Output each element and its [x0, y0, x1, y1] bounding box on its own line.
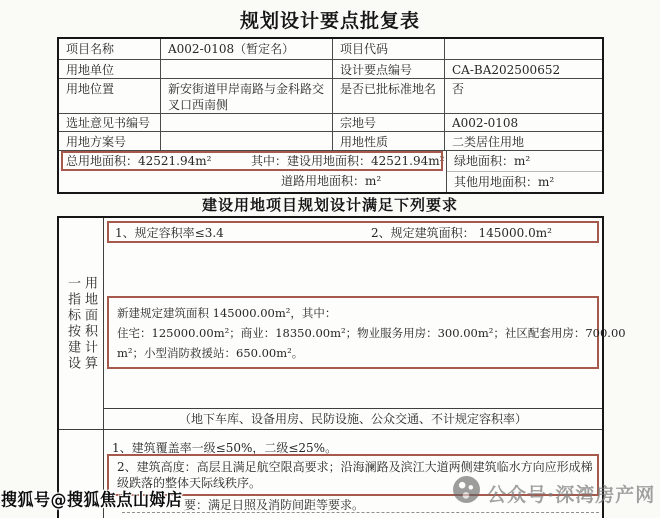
side-label-cell: 一指标按建设 用地面积计算 [59, 218, 104, 429]
dashed-divider [122, 512, 599, 513]
green-area: 绿地面积：m² [447, 151, 602, 172]
exclusion-note: （地下车库、设备用房、民防设施、公众交通、不计规定容积率） [104, 408, 602, 429]
vertical-label: 一指标按建设 用地面积计算 [65, 276, 97, 372]
document-title: 规划设计要点批复表 [0, 6, 660, 33]
cell-label: 是否已批标准地名 [333, 79, 445, 114]
cell-value [161, 60, 333, 79]
newbuild-line-2: 住宅：125000.00m²；商业：18350.00m²；物业服务用房：300.… [117, 323, 589, 343]
cell-value: A002-0108 [445, 113, 602, 132]
road-area: 道路用地面积：m² [281, 174, 381, 189]
highlight-box-newbuild: 新建规定建筑面积 145000.00m²，其中： 住宅：125000.00m²；… [107, 296, 599, 369]
cell-label: 设计要点编号 [333, 60, 445, 79]
table-row: 用地位置 新安街道甲岸南路与金科路交叉口西南侧 是否已批标准地名 否 [59, 79, 602, 113]
cell-label: 用地方案号 [59, 132, 161, 151]
land-area-row: 总用地面积：42521.94m² 其中：建设用地面积：42521.94m² 绿地… [59, 151, 602, 172]
newbuild-line-3: m²；小型消防救援站：650.00m²。 [117, 343, 589, 363]
project-info-table: 项目名称 A002-0108（暂定名） 项目代码 用地单位 设计要点编号 CA-… [57, 37, 604, 194]
cell-value: CA-BA202500652 [445, 60, 602, 79]
cell-label: 选址意见书编号 [59, 113, 161, 132]
table-row: 用地方案号 用地性质 二类居住用地 [59, 132, 602, 151]
land-area-row-2: 道路用地面积：m² 其他用地面积：m² [59, 172, 602, 192]
highlight-box-ratio: 1、规定容积率≤3.4 2、规定建筑面积： 145000.0m² [107, 221, 599, 243]
vertical-label-col2: 用地面积计算 [82, 276, 97, 372]
cell-label: 项目名称 [59, 39, 161, 60]
scanned-approval-document: 规划设计要点批复表 项目名称 A002-0108（暂定名） 项目代码 用地单位 … [0, 0, 660, 518]
newbuild-line-1: 新建规定建筑面积 145000.00m²，其中： [117, 303, 589, 323]
indicator-section: 一指标按建设 用地面积计算 1、规定容积率≤3.4 2、规定建筑面积： 1450… [59, 218, 602, 430]
land-area-left-cell: 总用地面积：42521.94m² 其中：建设用地面积：42521.94m² [59, 151, 447, 172]
construction-land-area: 其中：建设用地面积：42521.94m² [251, 154, 444, 169]
floor-area-text: 2、规定建筑面积： 145000.0m² [371, 224, 552, 241]
wechat-watermark: 公众号·深湾房产网 [487, 480, 655, 507]
cell-value [161, 113, 333, 132]
cell-label: 用地单位 [59, 60, 161, 79]
sohu-watermark: 搜狐号@搜狐焦点山姆店 [1, 486, 183, 511]
cell-label: 用地性质 [333, 132, 445, 151]
vertical-label-col1: 一指标按建设 [65, 276, 80, 372]
cell-value: 新安街道甲岸南路与金科路交叉口西南侧 [161, 79, 333, 114]
requirements-table: 一指标按建设 用地面积计算 1、规定容积率≤3.4 2、规定建筑面积： 1450… [57, 216, 604, 518]
plot-ratio-text: 1、规定容积率≤3.4 [115, 224, 224, 241]
cell-value: 二类居住用地 [445, 132, 602, 151]
wechat-logo-icon [453, 476, 480, 503]
height-rule-line-1: 2、建筑高度：高层且满足航空限高要求；沿海澜路及滨江大道两侧建筑临水方向应形成梯 [117, 459, 589, 475]
cell-value: A002-0108（暂定名） [161, 39, 333, 60]
table-row: 用地单位 设计要点编号 CA-BA202500652 [59, 60, 602, 79]
cell-label: 宗地号 [333, 113, 445, 132]
cell-label: 项目代码 [333, 39, 445, 60]
other-area: 其他用地面积：m² [447, 172, 602, 192]
table-row: 项目名称 A002-0108（暂定名） 项目代码 [59, 39, 602, 60]
cell-label: 用地位置 [59, 79, 161, 114]
section-title: 建设用地项目规划设计满足下列要求 [0, 194, 660, 215]
total-land-area: 总用地面积：42521.94m² [66, 154, 211, 169]
table-row: 选址意见书编号 宗地号 A002-0108 [59, 113, 602, 132]
cell-value [161, 132, 333, 151]
cell-value [445, 39, 602, 60]
indicator-content: 1、规定容积率≤3.4 2、规定建筑面积： 145000.0m² 新建规定建筑面… [104, 218, 602, 429]
cell-value: 否 [445, 79, 602, 114]
land-area-left-cell: 道路用地面积：m² [59, 172, 447, 192]
spacing-rule-fragment: 要：满足日照及消防间距等要求。 [184, 496, 364, 513]
